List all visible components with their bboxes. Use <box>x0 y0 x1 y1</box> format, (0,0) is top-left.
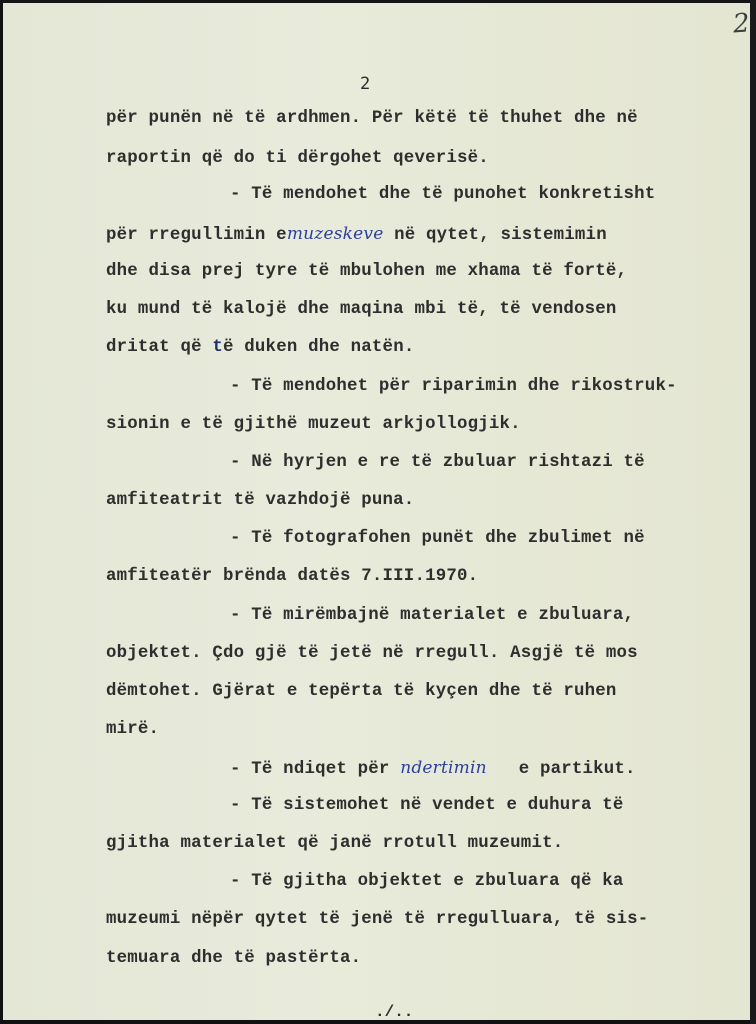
handwritten-insertion: ndertimin <box>400 758 487 778</box>
list-item: - Të fotografohen punët dhe zbulimet në <box>230 529 645 549</box>
text-line: sionin e të gjithë muzeut arkjollogjik. <box>106 415 521 435</box>
list-item: - Të mendohet për riparimin dhe rikostru… <box>230 377 677 397</box>
text-line: për punën në të ardhmen. Për këtë të thu… <box>106 109 638 129</box>
text-line: dëmtohet. Gjërat e tepërta të kyçen dhe … <box>106 682 617 702</box>
continuation-mark: ./.. <box>375 1003 413 1020</box>
list-item: - Të sistemohet në vendet e duhura të <box>230 796 624 816</box>
scan-border-top <box>0 0 756 3</box>
typed-text: në qytet, sistemimin <box>383 226 606 245</box>
text-line: objektet. Çdo gjë të jetë në rregull. As… <box>106 644 638 664</box>
scan-border-right <box>750 0 756 1024</box>
handwritten-correction: t <box>212 338 223 357</box>
list-item: - Të ndiqet për ndertimin e partikut. <box>230 758 636 780</box>
text-line: ku mund të kalojë dhe maqina mbi të, të … <box>106 300 617 320</box>
list-item: - Të mirëmbajnë materialet e zbuluara, <box>230 606 634 626</box>
typed-text: dritat që <box>106 338 212 357</box>
text-line: raportin që do ti dërgohet qeverisë. <box>106 149 489 169</box>
text-line: dhe disa prej tyre të mbulohen me xhama … <box>106 262 627 282</box>
typed-text: - Të ndiqet për <box>230 760 400 779</box>
list-item: - Në hyrjen e re të zbuluar rishtazi të <box>230 453 645 473</box>
text-line: gjitha materialet që janë rrotull muzeum… <box>106 834 563 854</box>
list-item: - Të mendohet dhe të punohet konkretisht <box>230 185 655 205</box>
text-line: temuara dhe të pastërta. <box>106 949 361 969</box>
handwritten-insertion: muzeskeve <box>287 224 384 244</box>
typed-text: e partikut. <box>487 760 636 779</box>
page-number: 2 <box>360 74 370 94</box>
typed-text: për rregullimin e <box>106 226 287 245</box>
list-item: - Të gjitha objektet e zbuluara që ka <box>230 872 624 892</box>
text-line: dritat që të duken dhe natën. <box>106 338 414 358</box>
handwritten-page-mark: 2 <box>732 8 750 39</box>
typed-text: ë duken dhe natën. <box>223 338 414 357</box>
text-line: muzeumi nëpër qytet të jenë të rregullua… <box>106 910 648 930</box>
text-line: mirë. <box>106 720 159 740</box>
text-line: për rregullimin emuzeskeve në qytet, sis… <box>106 224 607 246</box>
text-line: amfiteatër brënda datës 7.III.1970. <box>106 567 478 587</box>
document-page: 2 2 për punën në të ardhmen. Për këtë të… <box>3 3 750 1020</box>
text-line: amfiteatrit të vazhdojë puna. <box>106 491 414 511</box>
